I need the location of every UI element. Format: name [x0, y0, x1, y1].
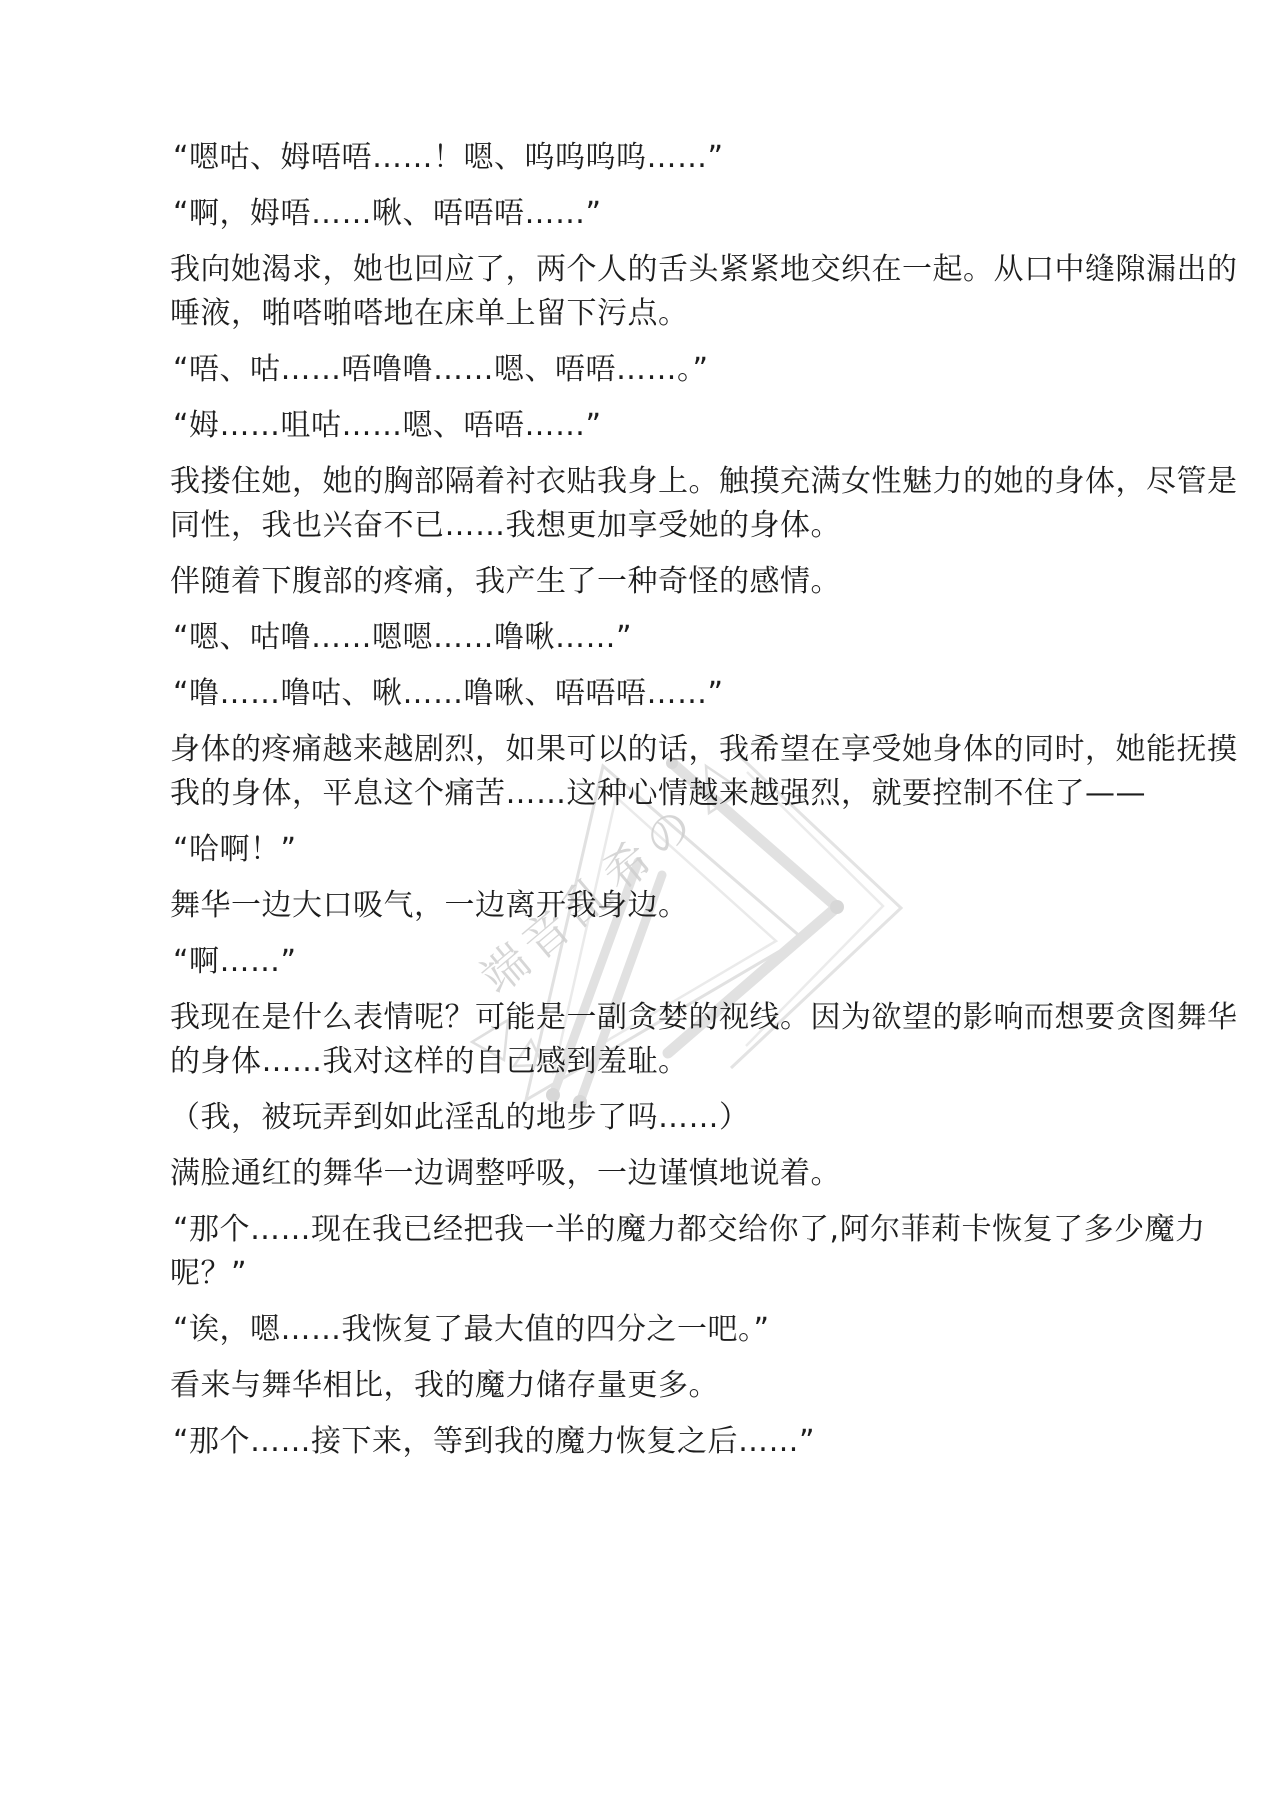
- dialogue-paragraph: “嗯咕、姆唔唔……！嗯、呜呜呜呜……”: [170, 136, 1120, 180]
- text-line: “嗯、咕噜……嗯嗯……噜啾……”: [170, 616, 1120, 660]
- dialogue-paragraph: “嗯、咕噜……嗯嗯……噜啾……”: [170, 616, 1120, 660]
- narration-paragraph: （我，被玩弄到如此淫乱的地步了吗……）: [170, 1096, 1120, 1140]
- narration-paragraph: 我现在是什么表情呢？可能是一副贪婪的视线。因为欲望的影响而想要贪图舞华的身体………: [170, 996, 1120, 1084]
- text-line: “啊，姆唔……啾、唔唔唔……”: [170, 192, 1120, 236]
- dialogue-paragraph: “啊，姆唔……啾、唔唔唔……”: [170, 192, 1120, 236]
- text-line: 我向她渴求，她也回应了，两个人的舌头紧紧地交织在一起。从口中缝隙漏出的: [170, 248, 1120, 292]
- narration-paragraph: 伴随着下腹部的疼痛，我产生了一种奇怪的感情。: [170, 560, 1120, 604]
- text-line: 我的身体，平息这个痛苦……这种心情越来越强烈，就要控制不住了——: [170, 772, 1120, 816]
- narration-paragraph: 满脸通红的舞华一边调整呼吸，一边谨慎地说着。: [170, 1152, 1120, 1196]
- text-line: （我，被玩弄到如此淫乱的地步了吗……）: [170, 1096, 1120, 1140]
- text-line: 同性，我也兴奋不已……我想更加享受她的身体。: [170, 504, 1120, 548]
- narration-paragraph: 舞华一边大口吸气，一边离开我身边。: [170, 884, 1120, 928]
- text-line: “噜……噜咕、啾……噜啾、唔唔唔……”: [170, 672, 1120, 716]
- text-line: “那个……接下来，等到我的魔力恢复之后……”: [170, 1420, 1120, 1464]
- dialogue-paragraph: “噜……噜咕、啾……噜啾、唔唔唔……”: [170, 672, 1120, 716]
- text-line: “唔、咕……唔噜噜……嗯、唔唔……。”: [170, 348, 1120, 392]
- text-line: 唾液，啪嗒啪嗒地在床单上留下污点。: [170, 292, 1120, 336]
- narration-paragraph: 看来与舞华相比，我的魔力储存量更多。: [170, 1364, 1120, 1408]
- text-line: “那个……现在我已经把我一半的魔力都交给你了,阿尔菲莉卡恢复了多少魔力: [170, 1208, 1120, 1252]
- text-line: 呢？”: [170, 1252, 1120, 1296]
- text-line: “啊……”: [170, 940, 1120, 984]
- dialogue-paragraph: “唔、咕……唔噜噜……嗯、唔唔……。”: [170, 348, 1120, 392]
- dialogue-paragraph: “那个……现在我已经把我一半的魔力都交给你了,阿尔菲莉卡恢复了多少魔力呢？”: [170, 1208, 1120, 1296]
- text-line: 身体的疼痛越来越剧烈，如果可以的话，我希望在享受她身体的同时，她能抚摸: [170, 728, 1120, 772]
- narration-paragraph: 我搂住她，她的胸部隔着衬衣贴我身上。触摸充满女性魅力的她的身体，尽管是同性，我也…: [170, 460, 1120, 548]
- text-line: 我搂住她，她的胸部隔着衬衣贴我身上。触摸充满女性魅力的她的身体，尽管是: [170, 460, 1120, 504]
- dialogue-paragraph: “哈啊！”: [170, 828, 1120, 872]
- dialogue-paragraph: “那个……接下来，等到我的魔力恢复之后……”: [170, 1420, 1120, 1464]
- document-page: 端音乱希の “嗯咕、姆唔唔……！嗯、呜呜呜呜……”“啊，姆唔……啾、唔唔唔……”…: [0, 0, 1280, 1810]
- text-line: 伴随着下腹部的疼痛，我产生了一种奇怪的感情。: [170, 560, 1120, 604]
- text-line: “诶，嗯……我恢复了最大值的四分之一吧。”: [170, 1308, 1120, 1352]
- text-line: “姆……咀咕……嗯、唔唔……”: [170, 404, 1120, 448]
- text-line: 的身体……我对这样的自己感到羞耻。: [170, 1040, 1120, 1084]
- text-line: “嗯咕、姆唔唔……！嗯、呜呜呜呜……”: [170, 136, 1120, 180]
- dialogue-paragraph: “啊……”: [170, 940, 1120, 984]
- dialogue-paragraph: “诶，嗯……我恢复了最大值的四分之一吧。”: [170, 1308, 1120, 1352]
- text-line: 舞华一边大口吸气，一边离开我身边。: [170, 884, 1120, 928]
- text-line: 满脸通红的舞华一边调整呼吸，一边谨慎地说着。: [170, 1152, 1120, 1196]
- text-line: 看来与舞华相比，我的魔力储存量更多。: [170, 1364, 1120, 1408]
- novel-text-body: “嗯咕、姆唔唔……！嗯、呜呜呜呜……”“啊，姆唔……啾、唔唔唔……”我向她渴求，…: [170, 136, 1120, 1476]
- narration-paragraph: 身体的疼痛越来越剧烈，如果可以的话，我希望在享受她身体的同时，她能抚摸我的身体，…: [170, 728, 1120, 816]
- text-line: 我现在是什么表情呢？可能是一副贪婪的视线。因为欲望的影响而想要贪图舞华: [170, 996, 1120, 1040]
- narration-paragraph: 我向她渴求，她也回应了，两个人的舌头紧紧地交织在一起。从口中缝隙漏出的唾液，啪嗒…: [170, 248, 1120, 336]
- dialogue-paragraph: “姆……咀咕……嗯、唔唔……”: [170, 404, 1120, 448]
- text-line: “哈啊！”: [170, 828, 1120, 872]
